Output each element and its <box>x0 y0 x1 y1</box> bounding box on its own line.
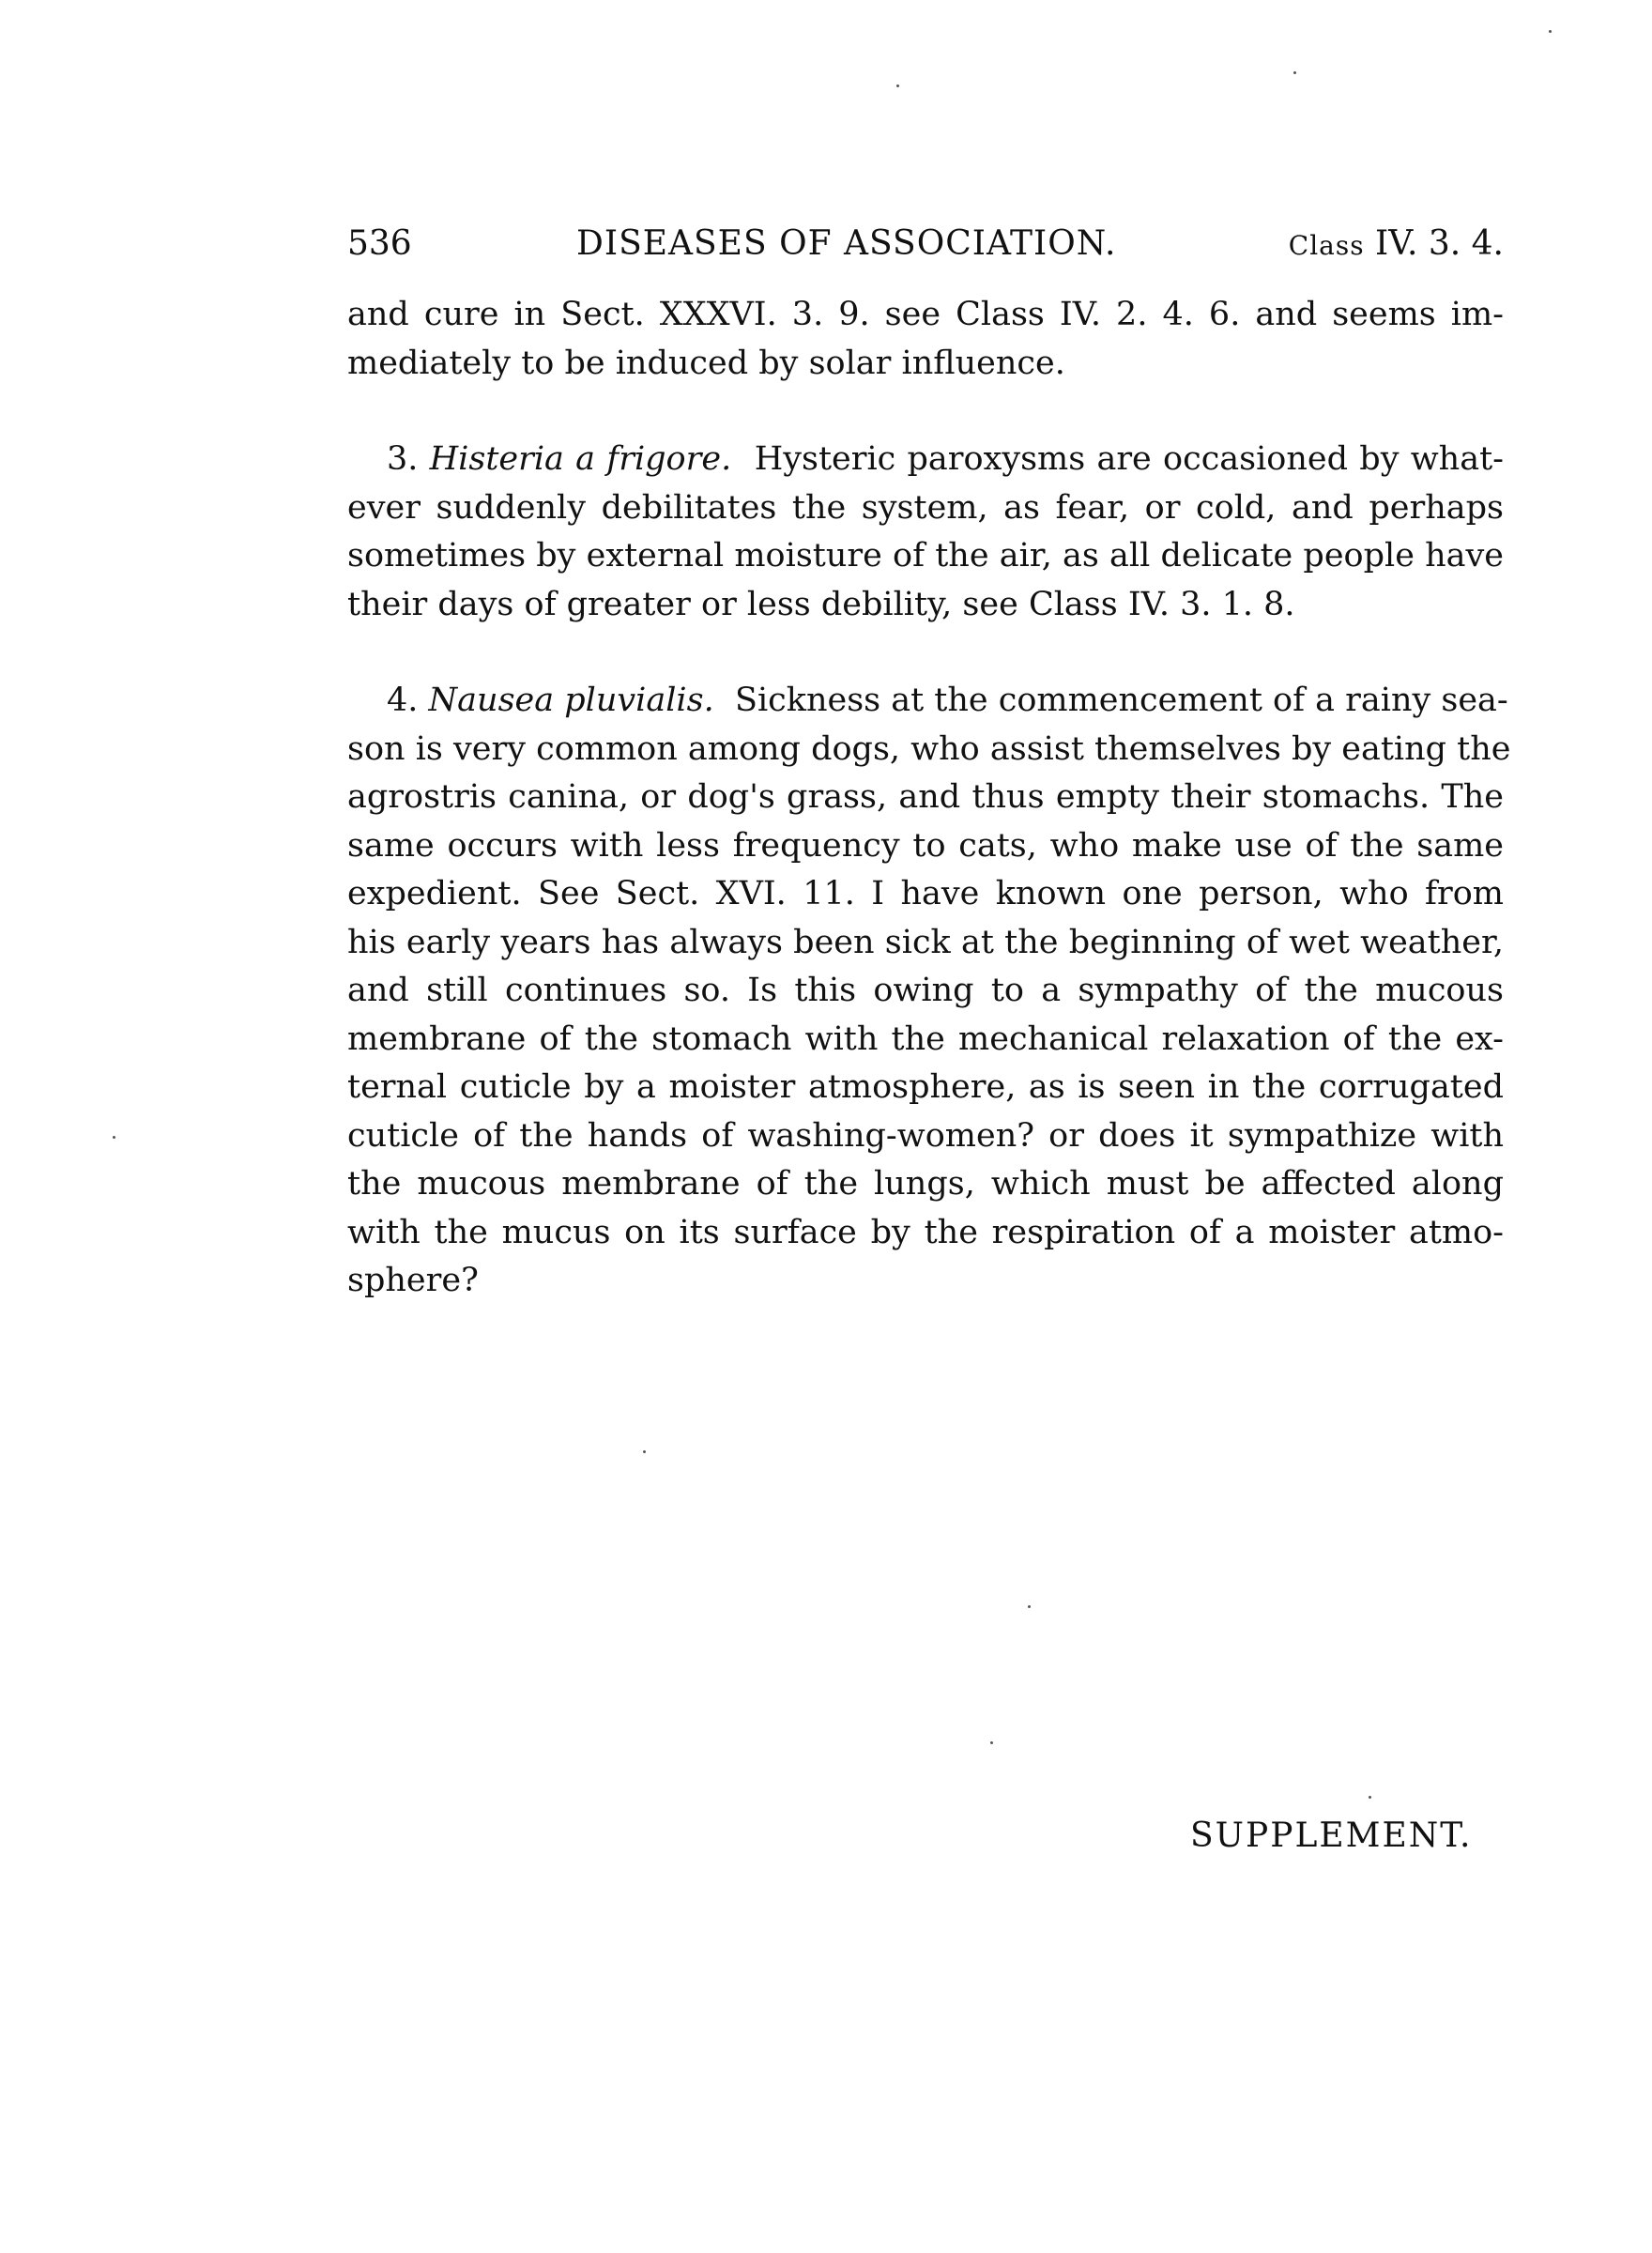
text-line: and still continues so. Is this owing to… <box>347 967 1504 1016</box>
paragraph-item-3: 3. Histeria a frigore. Hysteric paroxysm… <box>347 436 1504 629</box>
class-label: Class <box>1289 230 1365 261</box>
text-line: sphere? <box>347 1257 1504 1306</box>
scan-speck <box>113 1136 115 1139</box>
text-line: sometimes by external moisture of the ai… <box>347 532 1504 581</box>
paragraph-item-4: 4. Nausea pluvialis. Sickness at the com… <box>347 677 1504 1306</box>
text-line: son is very common among dogs, who assis… <box>347 726 1504 774</box>
text-line: expedient. See Sect. XVI. 11. I have kno… <box>347 870 1504 919</box>
text-line: ever suddenly debilitates the system, as… <box>347 484 1504 533</box>
text-line: his early years has always been sick at … <box>347 919 1504 968</box>
item-number: 4. <box>387 682 418 719</box>
text-line: 3. Histeria a frigore. Hysteric paroxysm… <box>347 436 1504 484</box>
item-text: Hysteric paroxysms are occasioned by wha… <box>755 440 1504 478</box>
text-line: and cure in Sect. XXXVI. 3. 9. see Class… <box>347 291 1504 340</box>
paragraph-gap <box>347 629 1504 677</box>
scan-speck <box>990 1741 993 1744</box>
body-text: and cure in Sect. XXXVI. 3. 9. see Class… <box>347 291 1504 1306</box>
text-line: agrostris canina, or dog's grass, and th… <box>347 774 1504 822</box>
running-title: DISEASES OF ASSOCIATION. <box>576 220 1116 268</box>
scan-speck <box>1028 1605 1031 1608</box>
scan-speck <box>1369 1796 1371 1799</box>
page-number: 536 <box>347 220 412 268</box>
text-line: ternal cuticle by a moister atmosphere, … <box>347 1064 1504 1112</box>
scan-speck <box>643 1450 646 1453</box>
text-line: 4. Nausea pluvialis. Sickness at the com… <box>347 677 1504 726</box>
text-line: mediately to be induced by solar influen… <box>347 340 1504 389</box>
paragraph-gap <box>347 388 1504 436</box>
class-reference: Class IV. 3. 4. <box>1289 220 1504 270</box>
catchword: SUPPLEMENT. <box>1190 1812 1472 1861</box>
item-number: 3. <box>387 440 418 478</box>
text-line: with the mucus on its surface by the res… <box>347 1209 1504 1258</box>
book-page: 536 DISEASES OF ASSOCIATION. Class IV. 3… <box>0 0 1652 2253</box>
item-text: Sickness at the commencement of a rainy … <box>735 682 1508 719</box>
scan-speck <box>1293 71 1296 74</box>
scan-speck <box>1549 30 1552 33</box>
item-heading: Histeria a frigore. <box>430 440 732 478</box>
text-line: membrane of the stomach with the mechani… <box>347 1016 1504 1065</box>
text-line: the mucous membrane of the lungs, which … <box>347 1160 1504 1209</box>
class-number: IV. 3. 4. <box>1375 224 1504 263</box>
text-line: cuticle of the hands of washing-women? o… <box>347 1112 1504 1161</box>
scan-speck <box>896 84 899 87</box>
text-line: their days of greater or less debility, … <box>347 581 1504 630</box>
text-line: same occurs with less frequency to cats,… <box>347 822 1504 871</box>
paragraph-continuation: and cure in Sect. XXXVI. 3. 9. see Class… <box>347 291 1504 388</box>
item-heading: Nausea pluvialis. <box>429 682 714 719</box>
running-head: 536 DISEASES OF ASSOCIATION. Class IV. 3… <box>347 220 1504 268</box>
